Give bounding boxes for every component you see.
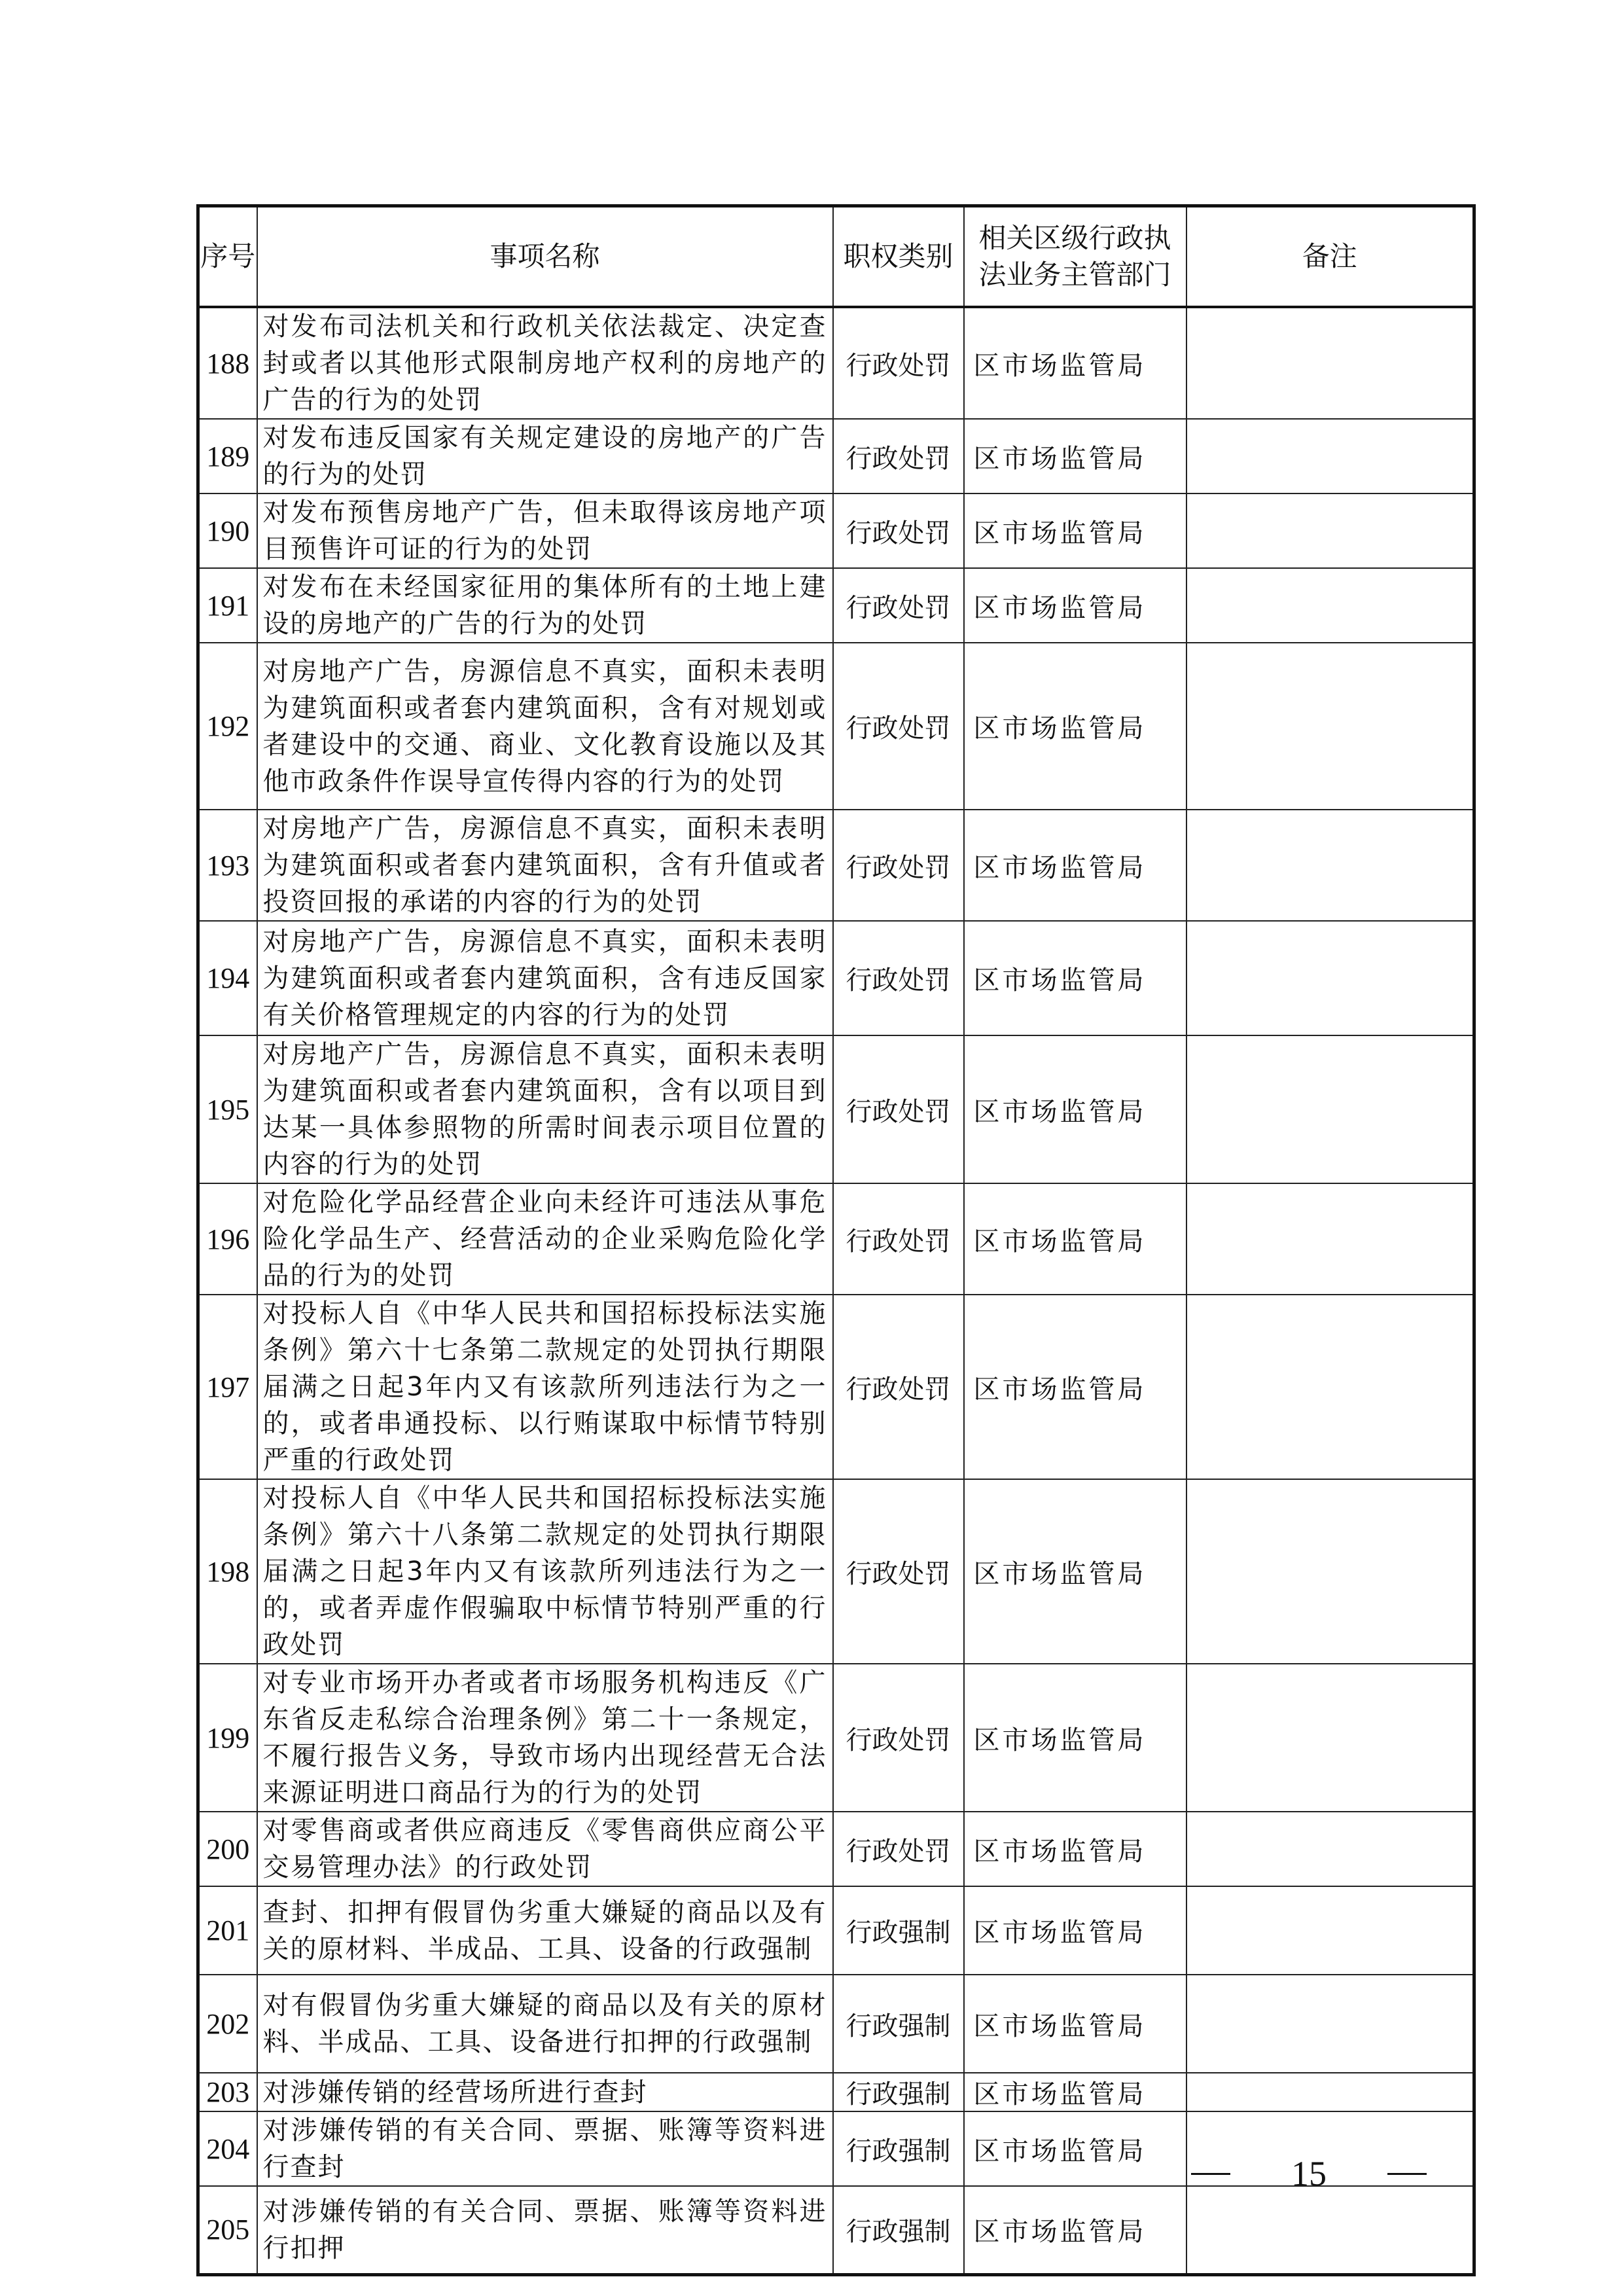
authority-type: 行政处罚 xyxy=(833,1035,964,1183)
authority-type: 行政处罚 xyxy=(833,1295,964,1479)
row-number: 202 xyxy=(198,1975,257,2073)
remarks xyxy=(1186,921,1474,1035)
authority-type: 行政处罚 xyxy=(833,1664,964,1812)
dash-left xyxy=(1191,2173,1230,2175)
table-body: 188对发布司法机关和行政机关依法裁定、决定查封或者以其他形式限制房地产权利的房… xyxy=(198,307,1474,2274)
remarks xyxy=(1186,2186,1474,2274)
header-note: 备注 xyxy=(1186,206,1474,308)
table-row: 203对涉嫌传销的经营场所进行查封行政强制区市场监管局 xyxy=(198,2073,1474,2111)
item-name: 对涉嫌传销的有关合同、票据、账簿等资料进行扣押 xyxy=(257,2186,833,2274)
item-name: 查封、扣押有假冒伪劣重大嫌疑的商品以及有关的原材料、半成品、工具、设备的行政强制 xyxy=(257,1886,833,1975)
authority-type: 行政处罚 xyxy=(833,810,964,921)
authority-type: 行政强制 xyxy=(833,2186,964,2274)
row-number: 205 xyxy=(198,2186,257,2274)
item-name: 对零售商或者供应商违反《零售商供应商公平交易管理办法》的行政处罚 xyxy=(257,1812,833,1886)
remarks xyxy=(1186,1975,1474,2073)
remarks xyxy=(1186,307,1474,419)
item-name: 对投标人自《中华人民共和国招标投标法实施条例》第六十八条第二款规定的处罚执行期限… xyxy=(257,1479,833,1664)
table-row: 194对房地产广告，房源信息不真实，面积未表明为建筑面积或者套内建筑面积，含有违… xyxy=(198,921,1474,1035)
item-name: 对涉嫌传销的有关合同、票据、账簿等资料进行查封 xyxy=(257,2111,833,2186)
department: 区市场监管局 xyxy=(964,1664,1186,1812)
authority-type: 行政强制 xyxy=(833,1886,964,1975)
table-row: 201查封、扣押有假冒伪劣重大嫌疑的商品以及有关的原材料、半成品、工具、设备的行… xyxy=(198,1886,1474,1975)
remarks xyxy=(1186,1183,1474,1295)
remarks xyxy=(1186,419,1474,493)
table-row: 198对投标人自《中华人民共和国招标投标法实施条例》第六十八条第二款规定的处罚执… xyxy=(198,1479,1474,1664)
table-row: 205对涉嫌传销的有关合同、票据、账簿等资料进行扣押行政强制区市场监管局 xyxy=(198,2186,1474,2274)
department: 区市场监管局 xyxy=(964,1035,1186,1183)
item-name: 对有假冒伪劣重大嫌疑的商品以及有关的原材料、半成品、工具、设备进行扣押的行政强制 xyxy=(257,1975,833,2073)
dash-right xyxy=(1387,2173,1427,2175)
authority-type: 行政处罚 xyxy=(833,419,964,493)
item-name: 对发布违反国家有关规定建设的房地产的广告的行为的处罚 xyxy=(257,419,833,493)
remarks xyxy=(1186,1035,1474,1183)
row-number: 195 xyxy=(198,1035,257,1183)
row-number: 197 xyxy=(198,1295,257,1479)
remarks xyxy=(1186,1664,1474,1812)
department: 区市场监管局 xyxy=(964,2111,1186,2186)
table-row: 190对发布预售房地产广告，但未取得该房地产项目预售许可证的行为的处罚行政处罚区… xyxy=(198,493,1474,568)
row-number: 189 xyxy=(198,419,257,493)
row-number: 201 xyxy=(198,1886,257,1975)
row-number: 190 xyxy=(198,493,257,568)
header-no: 序号 xyxy=(198,206,257,308)
remarks xyxy=(1186,568,1474,643)
table-row: 199对专业市场开办者或者市场服务机构违反《广东省反走私综合治理条例》第二十一条… xyxy=(198,1664,1474,1812)
authority-type: 行政处罚 xyxy=(833,307,964,419)
page-footer: 15 xyxy=(1191,2153,1427,2194)
authority-type: 行政处罚 xyxy=(833,921,964,1035)
department: 区市场监管局 xyxy=(964,1886,1186,1975)
table-row: 200对零售商或者供应商违反《零售商供应商公平交易管理办法》的行政处罚行政处罚区… xyxy=(198,1812,1474,1886)
item-name: 对房地产广告，房源信息不真实，面积未表明为建筑面积或者套内建筑面积，含有升值或者… xyxy=(257,810,833,921)
page-number: 15 xyxy=(1291,2153,1327,2194)
table-row: 188对发布司法机关和行政机关依法裁定、决定查封或者以其他形式限制房地产权利的房… xyxy=(198,307,1474,419)
item-name: 对涉嫌传销的经营场所进行查封 xyxy=(257,2073,833,2111)
authority-type: 行政处罚 xyxy=(833,1183,964,1295)
row-number: 203 xyxy=(198,2073,257,2111)
remarks xyxy=(1186,2073,1474,2111)
row-number: 198 xyxy=(198,1479,257,1664)
department: 区市场监管局 xyxy=(964,2186,1186,2274)
item-name: 对房地产广告，房源信息不真实，面积未表明为建筑面积或者套内建筑面积，含有以项目到… xyxy=(257,1035,833,1183)
item-name: 对专业市场开办者或者市场服务机构违反《广东省反走私综合治理条例》第二十一条规定，… xyxy=(257,1664,833,1812)
table-row: 193对房地产广告，房源信息不真实，面积未表明为建筑面积或者套内建筑面积，含有升… xyxy=(198,810,1474,921)
item-name: 对危险化学品经营企业向未经许可违法从事危险化学品生产、经营活动的企业采购危险化学… xyxy=(257,1183,833,1295)
row-number: 199 xyxy=(198,1664,257,1812)
department: 区市场监管局 xyxy=(964,419,1186,493)
row-number: 192 xyxy=(198,643,257,810)
item-name: 对发布司法机关和行政机关依法裁定、决定查封或者以其他形式限制房地产权利的房地产的… xyxy=(257,307,833,419)
department: 区市场监管局 xyxy=(964,810,1186,921)
department: 区市场监管局 xyxy=(964,643,1186,810)
department: 区市场监管局 xyxy=(964,568,1186,643)
row-number: 191 xyxy=(198,568,257,643)
row-number: 200 xyxy=(198,1812,257,1886)
department: 区市场监管局 xyxy=(964,1812,1186,1886)
item-name: 对投标人自《中华人民共和国招标投标法实施条例》第六十七条第二款规定的处罚执行期限… xyxy=(257,1295,833,1479)
row-number: 204 xyxy=(198,2111,257,2186)
department: 区市场监管局 xyxy=(964,1975,1186,2073)
authority-type: 行政处罚 xyxy=(833,643,964,810)
items-table: 序号 事项名称 职权类别 相关区级行政执法业务主管部门 备注 188对发布司法机… xyxy=(196,204,1476,2276)
remarks xyxy=(1186,643,1474,810)
department: 区市场监管局 xyxy=(964,1479,1186,1664)
table-row: 196对危险化学品经营企业向未经许可违法从事危险化学品生产、经营活动的企业采购危… xyxy=(198,1183,1474,1295)
header-dept: 相关区级行政执法业务主管部门 xyxy=(964,206,1186,308)
department: 区市场监管局 xyxy=(964,2073,1186,2111)
department: 区市场监管局 xyxy=(964,307,1186,419)
table-row: 191对发布在未经国家征用的集体所有的土地上建设的房地产的广告的行为的处罚行政处… xyxy=(198,568,1474,643)
remarks xyxy=(1186,1295,1474,1479)
remarks xyxy=(1186,1479,1474,1664)
table-row: 192对房地产广告，房源信息不真实，面积未表明为建筑面积或者套内建筑面积，含有对… xyxy=(198,643,1474,810)
item-name: 对发布在未经国家征用的集体所有的土地上建设的房地产的广告的行为的处罚 xyxy=(257,568,833,643)
authority-type: 行政处罚 xyxy=(833,568,964,643)
table-row: 197对投标人自《中华人民共和国招标投标法实施条例》第六十七条第二款规定的处罚执… xyxy=(198,1295,1474,1479)
authority-type: 行政强制 xyxy=(833,2111,964,2186)
department: 区市场监管局 xyxy=(964,493,1186,568)
department: 区市场监管局 xyxy=(964,1183,1186,1295)
row-number: 196 xyxy=(198,1183,257,1295)
header-type: 职权类别 xyxy=(833,206,964,308)
remarks xyxy=(1186,1812,1474,1886)
table-header-row: 序号 事项名称 职权类别 相关区级行政执法业务主管部门 备注 xyxy=(198,206,1474,308)
item-name: 对发布预售房地产广告，但未取得该房地产项目预售许可证的行为的处罚 xyxy=(257,493,833,568)
authority-type: 行政强制 xyxy=(833,1975,964,2073)
header-name: 事项名称 xyxy=(257,206,833,308)
item-name: 对房地产广告，房源信息不真实，面积未表明为建筑面积或者套内建筑面积，含有违反国家… xyxy=(257,921,833,1035)
row-number: 188 xyxy=(198,307,257,419)
authority-type: 行政处罚 xyxy=(833,493,964,568)
authority-type: 行政处罚 xyxy=(833,1812,964,1886)
table-row: 195对房地产广告，房源信息不真实，面积未表明为建筑面积或者套内建筑面积，含有以… xyxy=(198,1035,1474,1183)
remarks xyxy=(1186,1886,1474,1975)
table-row: 202对有假冒伪劣重大嫌疑的商品以及有关的原材料、半成品、工具、设备进行扣押的行… xyxy=(198,1975,1474,2073)
row-number: 193 xyxy=(198,810,257,921)
item-name: 对房地产广告，房源信息不真实，面积未表明为建筑面积或者套内建筑面积，含有对规划或… xyxy=(257,643,833,810)
department: 区市场监管局 xyxy=(964,921,1186,1035)
row-number: 194 xyxy=(198,921,257,1035)
remarks xyxy=(1186,493,1474,568)
department: 区市场监管局 xyxy=(964,1295,1186,1479)
table-row: 189对发布违反国家有关规定建设的房地产的广告的行为的处罚行政处罚区市场监管局 xyxy=(198,419,1474,493)
authority-type: 行政处罚 xyxy=(833,1479,964,1664)
authority-type: 行政强制 xyxy=(833,2073,964,2111)
remarks xyxy=(1186,810,1474,921)
